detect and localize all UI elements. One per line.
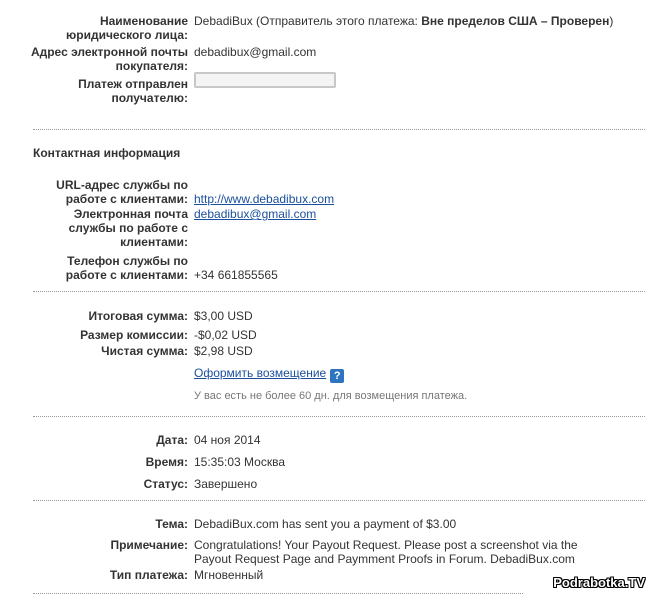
support-url-label: URL-адрес службы по работе с клиентами:: [38, 178, 188, 206]
support-email-link[interactable]: debadibux@gmail.com: [194, 207, 316, 221]
support-url-link[interactable]: http://www.debadibux.com: [194, 192, 334, 206]
time-value: 15:35:03 Москва: [194, 455, 285, 469]
refund-link[interactable]: Оформить возмещение: [194, 366, 326, 380]
note-value-line2: Payout Request Page and Paymment Proofs …: [194, 552, 575, 566]
time-label: Время:: [28, 455, 188, 469]
section-title-contact: Контактная информация: [33, 146, 180, 160]
date-label: Дата:: [28, 433, 188, 447]
help-icon[interactable]: ?: [330, 369, 344, 383]
divider: [33, 129, 645, 130]
divider: [33, 593, 523, 594]
payment-type-value: Мгновенный: [194, 568, 263, 582]
support-email-label: Электронная почта службы по работе с кли…: [38, 207, 188, 249]
watermark: Podrabotka.TV: [553, 575, 645, 590]
sender-status: Вне пределов США – Проверен: [421, 14, 609, 28]
net-label: Чистая сумма:: [28, 344, 188, 358]
support-url-value[interactable]: http://www.debadibux.com: [194, 192, 334, 206]
refund-note: У вас есть не более 60 дн. для возмещени…: [194, 389, 467, 403]
note-label: Примечание:: [28, 538, 188, 552]
support-email-value[interactable]: debadibux@gmail.com: [194, 207, 316, 221]
buyer-email-value: debadibux@gmail.com: [194, 45, 316, 59]
buyer-email-label: Адрес электронной почты покупателя:: [28, 45, 188, 73]
legal-name-close: ): [609, 14, 613, 28]
divider: [33, 291, 645, 292]
payment-type-label: Тип платежа:: [28, 568, 188, 582]
date-value: 04 ноя 2014: [194, 433, 261, 447]
total-value: $3,00 USD: [194, 309, 253, 323]
refund-row: Оформить возмещение?: [194, 366, 344, 383]
legal-name-value: DebadiBux (Отправитель этого платежа: Вн…: [194, 14, 613, 28]
divider: [33, 416, 645, 417]
subject-value: DebadiBux.com has sent you a payment of …: [194, 517, 456, 531]
legal-name-text: DebadiBux (Отправитель этого платежа:: [194, 14, 421, 28]
sent-to-value: [194, 72, 336, 89]
status-label: Статус:: [28, 477, 188, 491]
net-value: $2,98 USD: [194, 344, 253, 358]
support-phone-label: Телефон службы по работе с клиентами:: [38, 254, 188, 282]
support-phone-value: +34 661855565: [194, 268, 278, 282]
fee-label: Размер комиссии:: [28, 328, 188, 342]
status-value: Завершено: [194, 477, 257, 491]
divider: [33, 500, 645, 501]
legal-name-label: Наименование юридического лица:: [28, 14, 188, 42]
subject-label: Тема:: [28, 517, 188, 531]
total-label: Итоговая сумма:: [28, 309, 188, 323]
redacted-recipient: [194, 72, 336, 88]
sent-to-label: Платеж отправлен получателю:: [28, 77, 188, 105]
fee-value: -$0,02 USD: [194, 328, 257, 342]
note-value-line1: Congratulations! Your Payout Request. Pl…: [194, 538, 578, 552]
